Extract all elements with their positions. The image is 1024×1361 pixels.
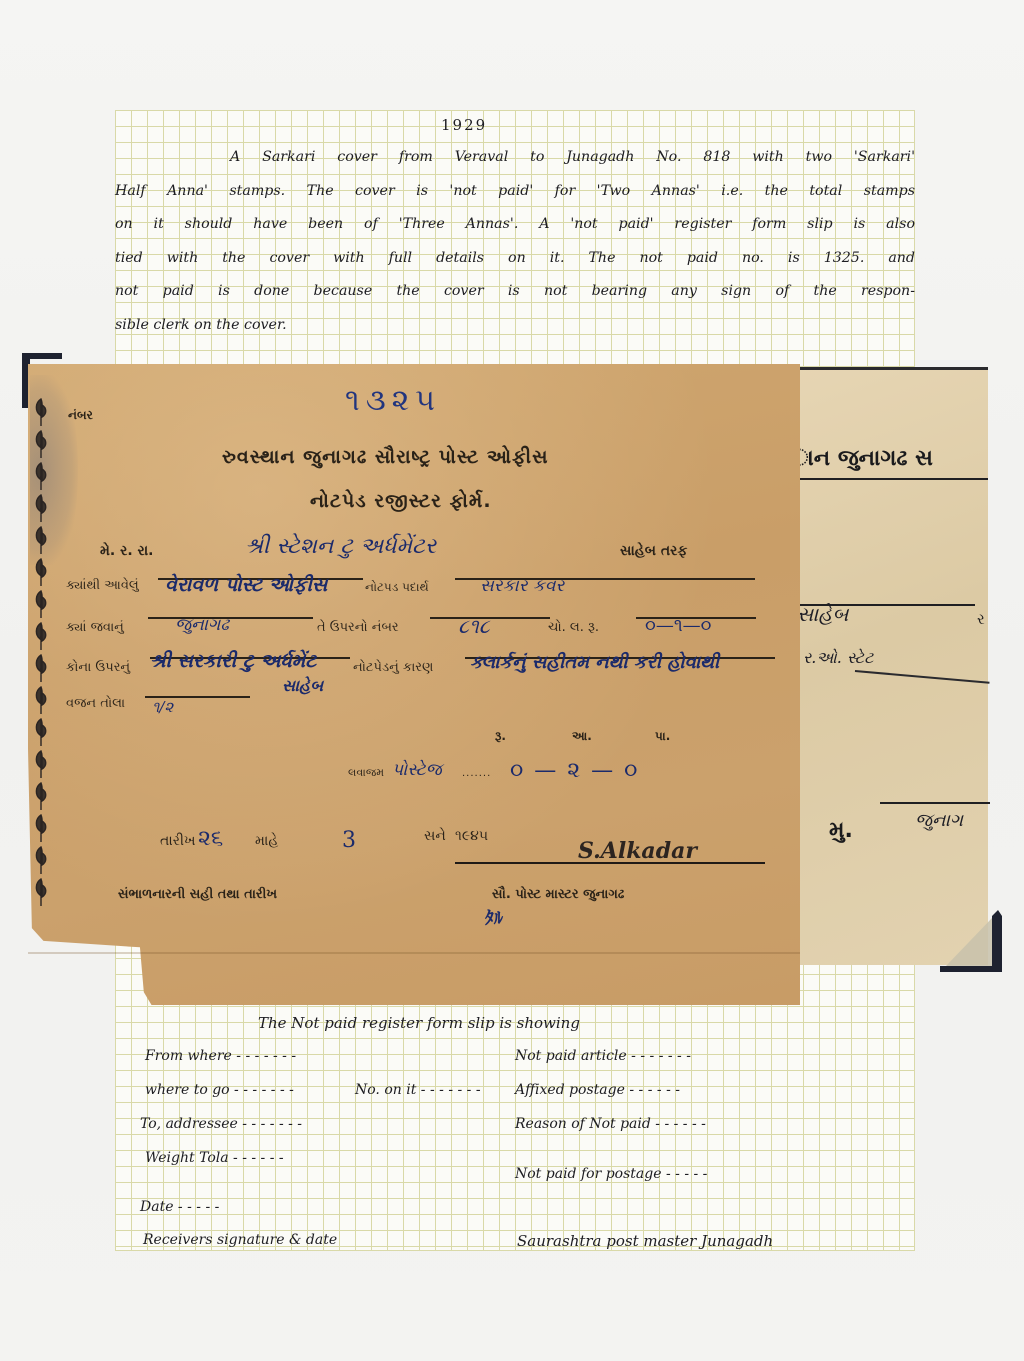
postmaster-signature: S.Alkadar [578,838,697,864]
transcription-title: The Not paid register form slip is showi… [258,1014,580,1032]
article-label: નોટપડ પદાર્થ [365,580,429,595]
month-label: માહે [255,833,278,849]
envelope-rule [880,802,990,804]
leaf-ornament-icon [34,523,48,555]
charge-dots: ....... [462,768,491,779]
postage-label: ચો. લ. રૂ. [548,620,599,635]
slip-fold-crease [28,952,800,954]
leaf-ornament-icon [34,875,48,907]
reason-value: ક્લાર્કનું સહીતમ નથી કરી હોવાથી [470,652,719,673]
currency-anna-header: આ. [572,729,592,744]
postage-value: ૦—૧—૦ [645,615,712,636]
leaf-ornament-icon [34,747,48,779]
to-value: જુનાગઢ [175,615,229,635]
envelope-state: ર.ઓ. સ્ટેટ [803,648,873,668]
envelope-city: જુનાગ [915,810,963,831]
slip-number-label: નંબર [68,408,93,423]
mrr-value: શ્રી સ્ટેશન ટુ અર્ધમેંટર [245,534,436,559]
field-saurashtra-postmaster: Saurashtra post master Junagadh [517,1232,773,1250]
description-paragraph: A Sarkari cover from Veraval to Junagadh… [147,143,915,344]
envelope-mu-label: મુ. [829,818,853,843]
initials: ﾀﾙ [485,904,503,930]
envelope-saheb: સાહેબ [797,602,848,626]
date-month: 3 [342,828,356,853]
date-day: ૨૬ [198,826,223,851]
envelope-header: ાન જુનાગઢ સ [791,446,933,471]
article-value: સરકાર કવર [480,576,564,596]
field-from-where: From where - - - - - - - [145,1048,296,1064]
to-label: ક્યાં જવાનું [66,620,124,635]
currency-pai-header: પા. [655,729,670,744]
description-line: sible clerk on the cover. [115,311,915,345]
field-affixed-postage: Affixed postage - - - - - - [515,1082,680,1098]
weight-value: ૧/૨ [152,698,173,716]
field-not-paid-article: Not paid article - - - - - - - [515,1048,691,1064]
receiver-signature-label: સંભાળનારની સહી તથા તારીખ [118,887,277,902]
description-line: A Sarkari cover from Veraval to Junagadh… [147,143,915,177]
sarkari-cover-envelope: ાન જુનાગઢ સ સાહેબ ર ર.ઓ. સ્ટેટ મુ. જુનાગ [785,367,988,965]
description-line: on it should have been of 'Three Annas'.… [115,210,915,244]
leaf-ornament-icon [34,619,48,651]
currency-rupee-header: રૂ. [495,729,506,744]
to-rule [148,617,313,619]
on-number-rule [430,617,550,619]
slip-header-form: નોટપેડ રજીસ્ટર ફોર્મ. [310,490,492,512]
leaf-ornament-icon [34,555,48,587]
from-value: વેરાવળ પોસ્ટ ઓફીસ [165,574,327,596]
from-label: ક્યાંથી આવેલું [66,578,139,593]
reason-label: નોટપેડનું કારણ [353,660,433,675]
leaf-ornament-icon [34,683,48,715]
leaf-ornament-icon [34,715,48,747]
leaf-ornament-border [30,395,52,915]
leaf-ornament-icon [34,491,48,523]
addressee-value-line2: સાહેબ [282,676,323,696]
description-line: not paid is done because the cover is no… [115,277,915,311]
leaf-ornament-icon [34,427,48,459]
photo-corner-mount [940,910,1002,974]
saheb-label: સાહેબ તરફ [620,543,687,559]
on-number-value: ૮૧૮ [458,614,490,638]
leaf-ornament-icon [34,587,48,619]
envelope-stroke [855,670,990,683]
field-where-to-go: where to go - - - - - - - [145,1082,294,1098]
addressee-label: કોના ઉપરનું [66,660,130,675]
field-weight-tola: Weight Tola - - - - - - [145,1150,284,1166]
field-not-paid-for-postage: Not paid for postage - - - - - [515,1166,707,1182]
description-line: Half Anna' stamps. The cover is 'not pai… [115,177,915,211]
envelope-char: ર [977,610,985,628]
date-label: તારીખ [160,833,195,849]
addressee-value: શ્રી સરકારી ટુ અર્ધમેંટ [150,650,316,672]
postmaster-label: સૌ. પોસ્ટ માસ્ટર જુનાગઢ [492,887,624,902]
weight-label: વજન તોલા [66,696,125,711]
charge-amount: ૦ — ૨ — ૦ [510,758,639,783]
field-to-addressee: To, addressee - - - - - - - [140,1116,302,1132]
date-year: ૧૯૪૫ [455,828,488,844]
signature-rule [455,862,765,864]
on-number-label: તે ઉપરનો નંબર [317,620,399,635]
leaf-ornament-icon [34,811,48,843]
leaf-ornament-icon [34,779,48,811]
description-line: tied with the cover with full details on… [115,244,915,278]
leaf-ornament-icon [34,395,48,427]
field-receivers-signature: Receivers signature & date [143,1232,337,1248]
leaf-ornament-icon [34,843,48,875]
field-date: Date - - - - - [140,1199,219,1215]
field-reason-not-paid: Reason of Not paid - - - - - - [515,1116,706,1132]
leaf-ornament-icon [34,459,48,491]
charge-hand-value: પોસ્ટેજ [392,760,442,780]
leaf-ornament-icon [34,651,48,683]
field-no-on-it: No. on it - - - - - - - [355,1082,481,1098]
charge-label: લવાજમ [348,766,384,780]
envelope-rule [785,478,988,480]
slip-number-value: ૧૩૨૫ [345,383,441,418]
slip-header-office: રુવસ્થાન જુનાગઢ સૌરાષ્ટ્ર પોસ્ટ ઓફીસ [222,446,548,468]
year-label: સને [424,828,446,844]
mrr-label: મે. ર. રા. [100,543,154,559]
year-heading: 1929 [441,116,487,134]
